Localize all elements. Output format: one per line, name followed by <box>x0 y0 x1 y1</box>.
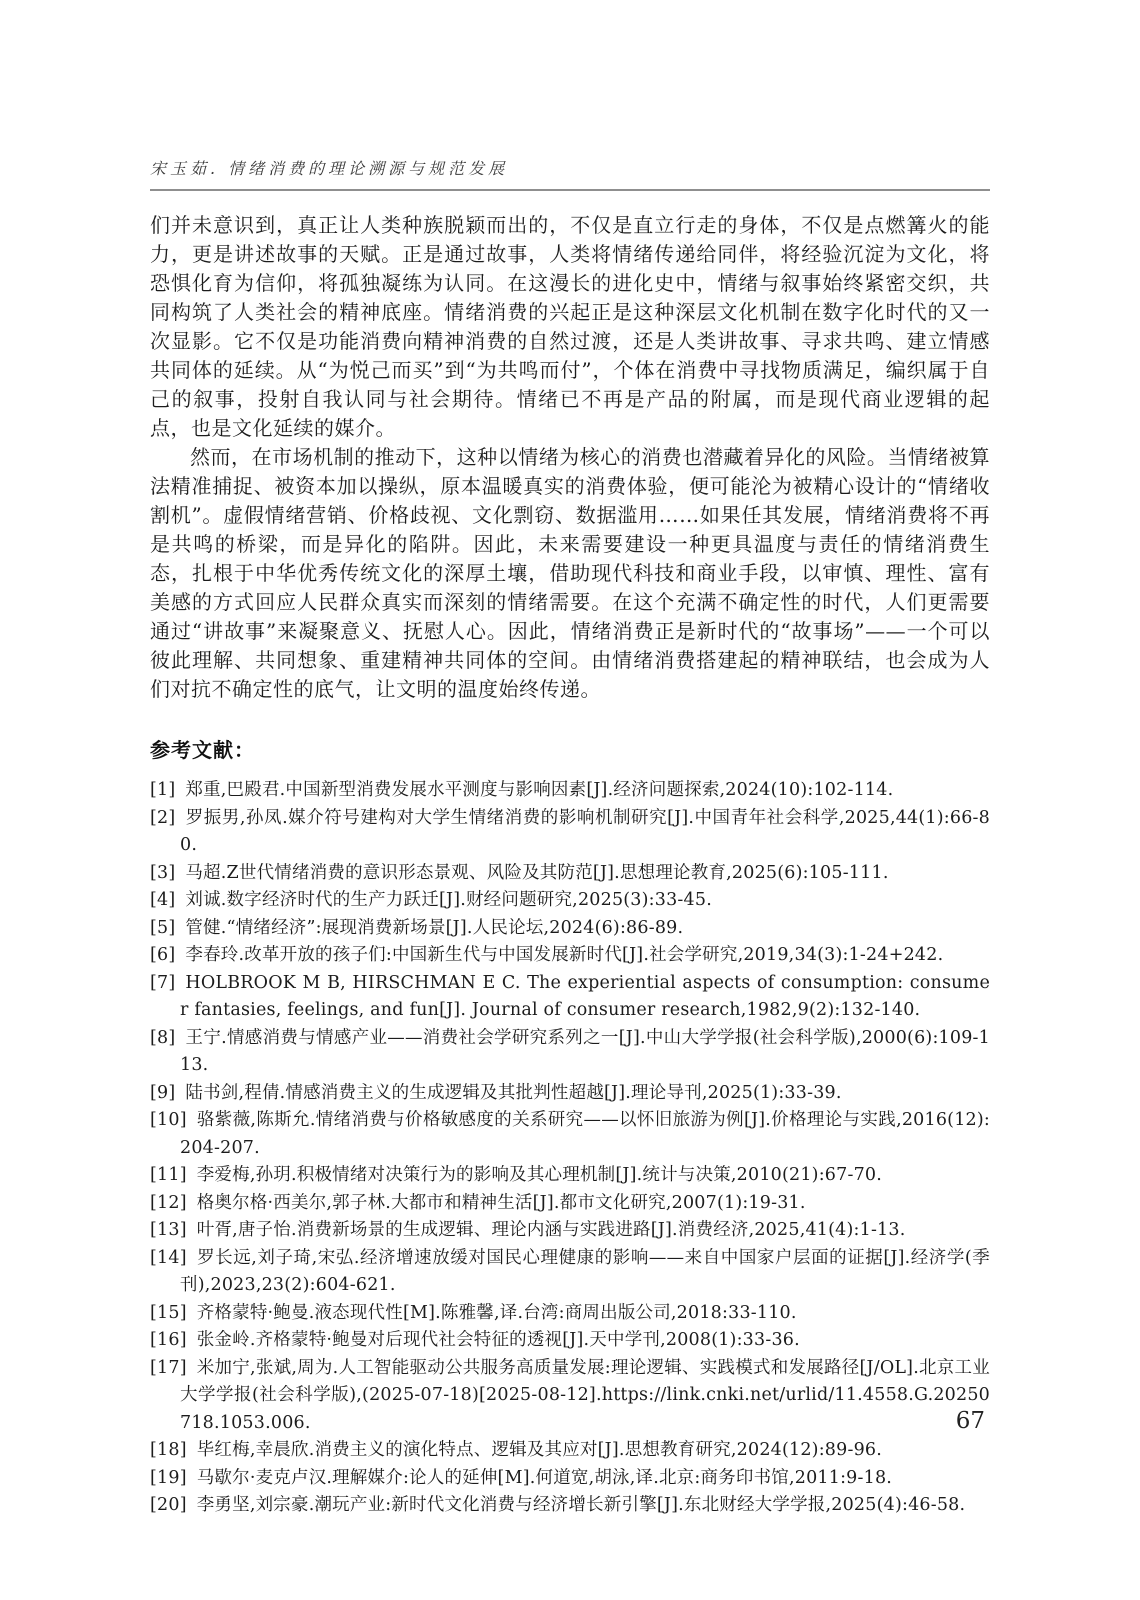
paragraph-continuation: 们并未意识到，真正让人类种族脱颖而出的，不仅是直立行走的身体，不仅是点燃篝火的能… <box>150 211 990 443</box>
reference-text: 齐格蒙特·鲍曼.液态现代性[M].陈雅馨,译.台湾:商周出版公司,2018:33… <box>197 1303 797 1323</box>
reference-text: 李爱梅,孙玥.积极情绪对决策行为的影响及其心理机制[J].统计与决策,2010(… <box>197 1165 882 1185</box>
reference-item: [17]米加宁,张斌,周为.人工智能驱动公共服务高质量发展:理论逻辑、实践模式和… <box>150 1355 990 1438</box>
reference-item: [3]马超.Z世代情绪消费的意识形态景观、风险及其防范[J].思想理论教育,20… <box>150 860 990 888</box>
reference-number: [18] <box>150 1437 187 1465</box>
reference-item: [12]格奥尔格·西美尔,郭子林.大都市和精神生活[J].都市文化研究,2007… <box>150 1190 990 1218</box>
reference-text: 叶胥,唐子怡.消费新场景的生成逻辑、理论内涵与实践进路[J].消费经济,2025… <box>197 1220 906 1240</box>
reference-item: [19]马歇尔·麦克卢汉.理解媒介:论人的延伸[M].何道宽,胡泳,译.北京:商… <box>150 1465 990 1493</box>
reference-item: [18]毕红梅,幸晨欣.消费主义的演化特点、逻辑及其应对[J].思想教育研究,2… <box>150 1437 990 1465</box>
reference-item: [15]齐格蒙特·鲍曼.液态现代性[M].陈雅馨,译.台湾:商周出版公司,201… <box>150 1300 990 1328</box>
reference-number: [16] <box>150 1327 187 1355</box>
reference-number: [17] <box>150 1355 187 1383</box>
reference-item: [13]叶胥,唐子怡.消费新场景的生成逻辑、理论内涵与实践进路[J].消费经济,… <box>150 1217 990 1245</box>
reference-text: 马歇尔·麦克卢汉.理解媒介:论人的延伸[M].何道宽,胡泳,译.北京:商务印书馆… <box>197 1468 892 1488</box>
reference-item: [10]骆紫薇,陈斯允.情绪消费与价格敏感度的关系研究——以怀旧旅游为例[J].… <box>150 1107 990 1162</box>
reference-number: [1] <box>150 777 175 805</box>
reference-text: 罗长远,刘子琦,宋弘.经济增速放缓对国民心理健康的影响——来自中国家户层面的证据… <box>180 1248 990 1296</box>
reference-text: 管健.“情绪经济”:展现消费新场景[J].人民论坛,2024(6):86-89. <box>185 918 683 938</box>
reference-text: 王宁.情感消费与情感产业——消费社会学研究系列之一[J].中山大学学报(社会科学… <box>180 1028 990 1076</box>
reference-number: [5] <box>150 915 175 943</box>
reference-number: [14] <box>150 1245 187 1273</box>
reference-number: [10] <box>150 1107 187 1135</box>
document-page: 宋玉茹. 情绪消费的理论溯源与规范发展 们并未意识到，真正让人类种族脱颖而出的，… <box>0 0 1140 1600</box>
reference-number: [4] <box>150 887 175 915</box>
reference-item: [14]罗长远,刘子琦,宋弘.经济增速放缓对国民心理健康的影响——来自中国家户层… <box>150 1245 990 1300</box>
paragraph: 然而，在市场机制的推动下，这种以情绪为核心的消费也潜藏着异化的风险。当情绪被算法… <box>150 443 990 704</box>
reference-number: [9] <box>150 1080 175 1108</box>
reference-text: HOLBROOK M B, HIRSCHMAN E C. The experie… <box>180 973 990 1021</box>
reference-item: [2]罗振男,孙凤.媒介符号建构对大学生情绪消费的影响机制研究[J].中国青年社… <box>150 805 990 860</box>
reference-text: 马超.Z世代情绪消费的意识形态景观、风险及其防范[J].思想理论教育,2025(… <box>185 863 888 883</box>
body-text: 们并未意识到，真正让人类种族脱颖而出的，不仅是直立行走的身体，不仅是点燃篝火的能… <box>150 211 990 704</box>
reference-item: [5]管健.“情绪经济”:展现消费新场景[J].人民论坛,2024(6):86-… <box>150 915 990 943</box>
reference-item: [8]王宁.情感消费与情感产业——消费社会学研究系列之一[J].中山大学学报(社… <box>150 1025 990 1080</box>
page-header: 宋玉茹. 情绪消费的理论溯源与规范发展 <box>150 156 990 191</box>
running-head: 宋玉茹. 情绪消费的理论溯源与规范发展 <box>150 156 990 179</box>
reference-item: [9]陆书剑,程倩.情感消费主义的生成逻辑及其批判性超越[J].理论导刊,202… <box>150 1080 990 1108</box>
reference-text: 郑重,巴殿君.中国新型消费发展水平测度与影响因素[J].经济问题探索,2024(… <box>185 780 893 800</box>
reference-text: 李春玲.改革开放的孩子们:中国新生代与中国发展新时代[J].社会学研究,2019… <box>185 945 943 965</box>
reference-number: [19] <box>150 1465 187 1493</box>
reference-text: 米加宁,张斌,周为.人工智能驱动公共服务高质量发展:理论逻辑、实践模式和发展路径… <box>180 1358 990 1433</box>
reference-item: [11]李爱梅,孙玥.积极情绪对决策行为的影响及其心理机制[J].统计与决策,2… <box>150 1162 990 1190</box>
reference-text: 罗振男,孙凤.媒介符号建构对大学生情绪消费的影响机制研究[J].中国青年社会科学… <box>180 808 990 856</box>
reference-number: [20] <box>150 1492 187 1520</box>
reference-number: [6] <box>150 942 175 970</box>
reference-number: [12] <box>150 1190 187 1218</box>
reference-item: [16]张金岭.齐格蒙特·鲍曼对后现代社会特征的透视[J].天中学刊,2008(… <box>150 1327 990 1355</box>
references-section: 参考文献： [1]郑重,巴殿君.中国新型消费发展水平测度与影响因素[J].经济问… <box>150 734 990 1520</box>
reference-number: [13] <box>150 1217 187 1245</box>
reference-text: 张金岭.齐格蒙特·鲍曼对后现代社会特征的透视[J].天中学刊,2008(1):3… <box>197 1330 800 1350</box>
reference-text: 格奥尔格·西美尔,郭子林.大都市和精神生活[J].都市文化研究,2007(1):… <box>197 1193 806 1213</box>
reference-text: 毕红梅,幸晨欣.消费主义的演化特点、逻辑及其应对[J].思想教育研究,2024(… <box>197 1440 882 1460</box>
reference-item: [6]李春玲.改革开放的孩子们:中国新生代与中国发展新时代[J].社会学研究,2… <box>150 942 990 970</box>
reference-item: [1]郑重,巴殿君.中国新型消费发展水平测度与影响因素[J].经济问题探索,20… <box>150 777 990 805</box>
reference-text: 刘诚.数字经济时代的生产力跃迁[J].财经问题研究,2025(3):33-45. <box>185 890 712 910</box>
reference-list: [1]郑重,巴殿君.中国新型消费发展水平测度与影响因素[J].经济问题探索,20… <box>150 777 990 1520</box>
reference-number: [8] <box>150 1025 175 1053</box>
reference-text: 李勇坚,刘宗豪.潮玩产业:新时代文化消费与经济增长新引擎[J].东北财经大学学报… <box>197 1495 966 1515</box>
reference-number: [2] <box>150 805 175 833</box>
references-heading: 参考文献： <box>150 734 990 763</box>
page-number: 67 <box>956 1408 985 1434</box>
reference-number: [11] <box>150 1162 187 1190</box>
reference-item: [7]HOLBROOK M B, HIRSCHMAN E C. The expe… <box>150 970 990 1025</box>
header-divider <box>150 189 990 191</box>
reference-text: 骆紫薇,陈斯允.情绪消费与价格敏感度的关系研究——以怀旧旅游为例[J].价格理论… <box>180 1110 990 1158</box>
reference-item: [4]刘诚.数字经济时代的生产力跃迁[J].财经问题研究,2025(3):33-… <box>150 887 990 915</box>
reference-item: [20]李勇坚,刘宗豪.潮玩产业:新时代文化消费与经济增长新引擎[J].东北财经… <box>150 1492 990 1520</box>
reference-text: 陆书剑,程倩.情感消费主义的生成逻辑及其批判性超越[J].理论导刊,2025(1… <box>185 1083 841 1103</box>
reference-number: [7] <box>150 970 175 998</box>
reference-number: [15] <box>150 1300 187 1328</box>
reference-number: [3] <box>150 860 175 888</box>
